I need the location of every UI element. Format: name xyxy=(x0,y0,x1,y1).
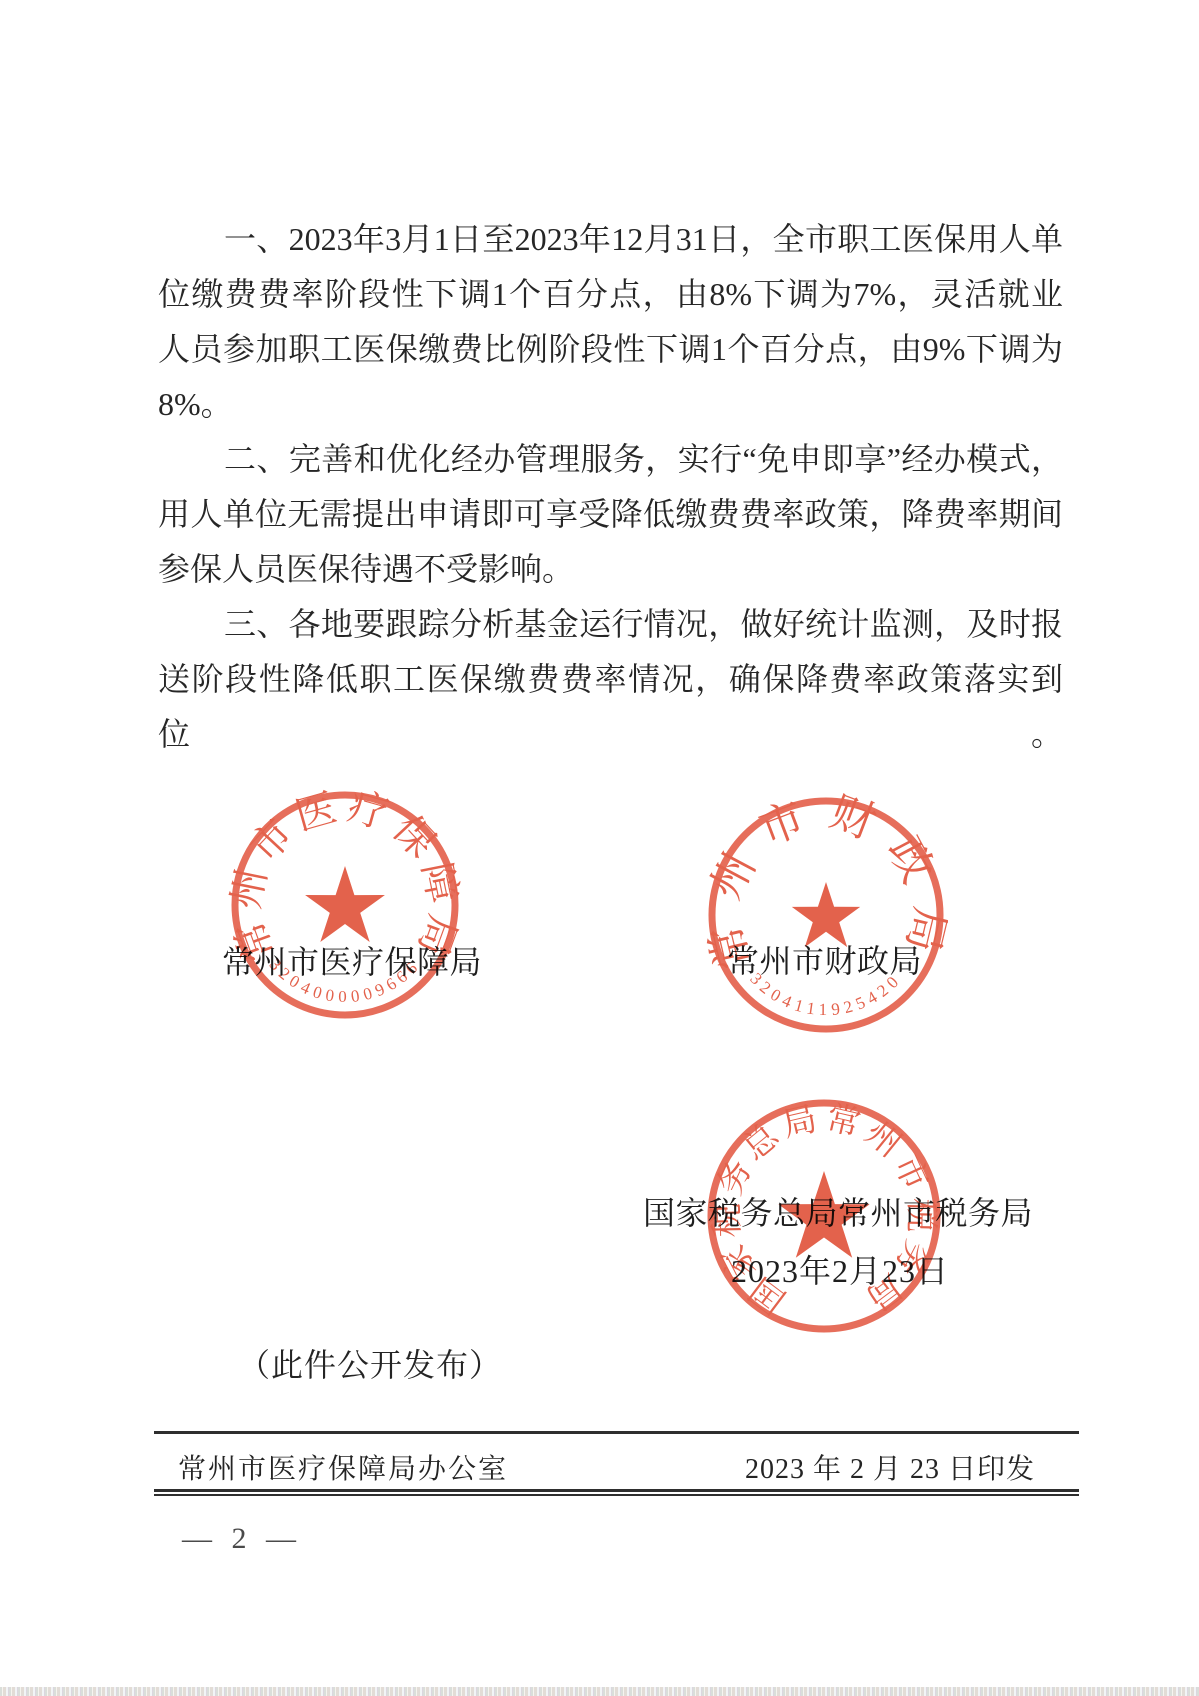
body-line: 人员参加职工医保缴费比例阶段性下调1个百分点，由9%下调为 xyxy=(158,322,1063,377)
scan-edge-artifact xyxy=(0,1687,1199,1696)
public-release-note: （此件公开发布） xyxy=(238,1340,502,1386)
footer-issuer: 常州市医疗保障局办公室 xyxy=(178,1447,508,1487)
body-line: 8%。 xyxy=(158,377,1063,432)
official-seal-tax-bureau: 国家税务总局常州市税务局 xyxy=(703,1095,945,1337)
footer-rule-top xyxy=(154,1431,1079,1434)
body-line: 一、2023年3月1日至2023年12月31日，全市职工医保用人单 xyxy=(158,212,1063,267)
official-seal-medical-bureau: 常州市医疗保障局 3204000009666 xyxy=(227,787,463,1023)
official-seal-finance-bureau: 常州市财政局 3204111925420 xyxy=(704,793,948,1037)
star-icon xyxy=(778,1171,869,1258)
page-number: — 2 — xyxy=(182,1522,302,1556)
star-icon xyxy=(305,866,385,942)
body-line: 参保人员医保待遇不受影响。 xyxy=(158,542,1063,597)
body-line: 三、各地要跟踪分析基金运行情况，做好统计监测，及时报 xyxy=(158,597,1063,652)
body-line: 送阶段性降低职工医保缴费费率情况，确保降费率政策落实到位。 xyxy=(158,652,1063,707)
body-line: 用人单位无需提出申请即可享受降低缴费费率政策，降费率期间 xyxy=(158,487,1063,542)
footer-rule-bottom xyxy=(154,1489,1079,1496)
body-line: 二、完善和优化经办管理服务，实行“免申即享”经办模式， xyxy=(158,432,1063,487)
document-body: 一、2023年3月1日至2023年12月31日，全市职工医保用人单 位缴费费率阶… xyxy=(158,212,1063,707)
footer-print-date: 2023 年 2 月 23 日印发 xyxy=(745,1447,1035,1487)
document-page: 一、2023年3月1日至2023年12月31日，全市职工医保用人单 位缴费费率阶… xyxy=(0,0,1199,1696)
star-icon xyxy=(792,882,860,947)
body-line: 位缴费费率阶段性下调1个百分点，由8%下调为7%，灵活就业 xyxy=(158,267,1063,322)
footer: 常州市医疗保障局办公室 2023 年 2 月 23 日印发 xyxy=(178,1450,1035,1484)
